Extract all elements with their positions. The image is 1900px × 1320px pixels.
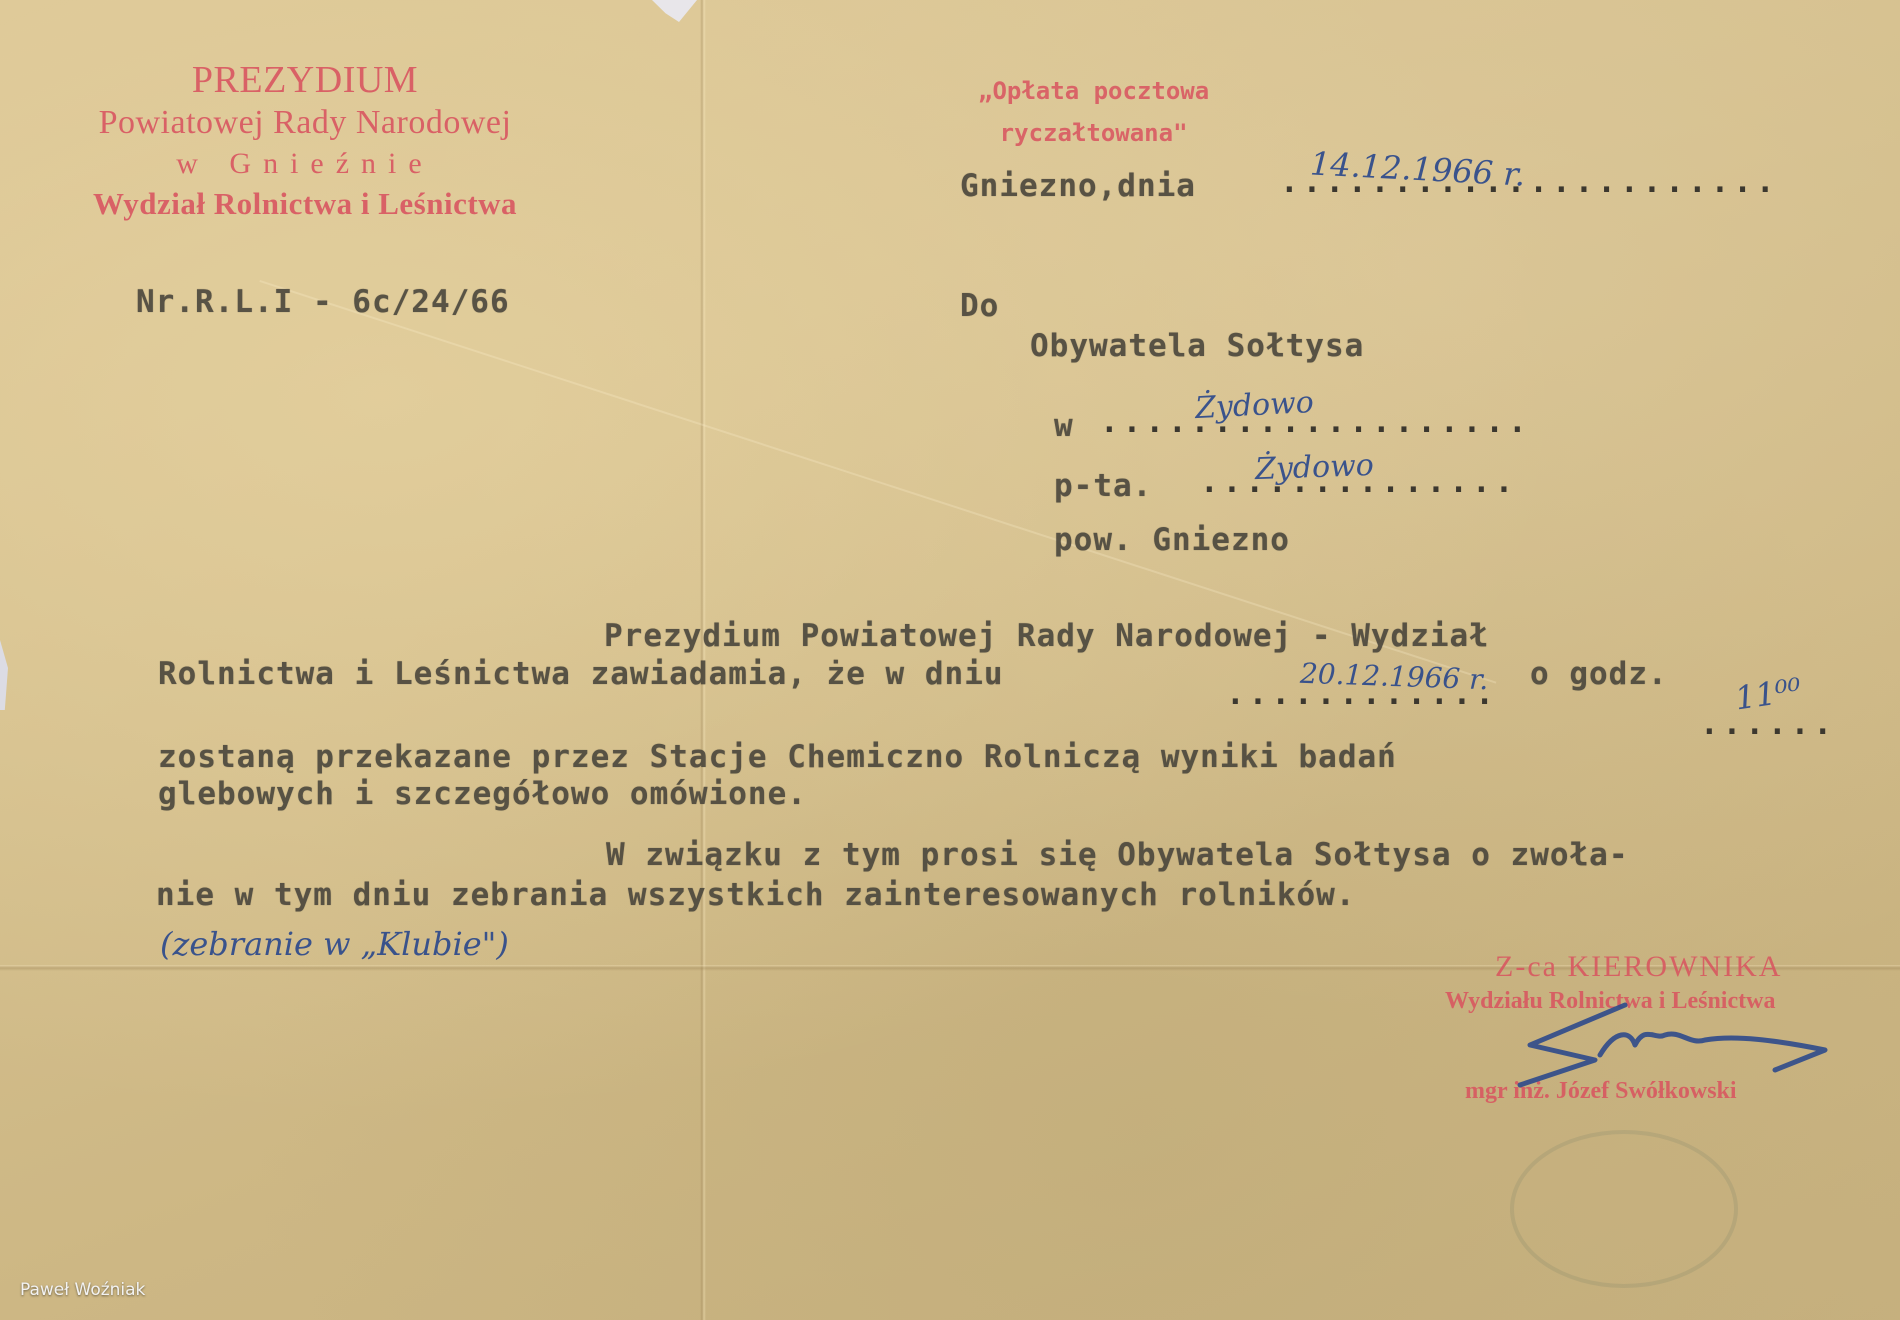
handwritten-village: Żydowo: [1194, 385, 1314, 426]
handwritten-meeting-date: 20.12.1966 r.: [1299, 657, 1488, 697]
body-p1-line3: zostaną przekazane przez Stacje Chemiczn…: [158, 739, 1397, 775]
top-tear: [652, 0, 697, 22]
handwritten-note: (zebranie w „Klubie"): [160, 925, 509, 963]
postage-stamp: „Opłata pocztowa ryczałtowana": [978, 70, 1209, 154]
body-p2-line2: nie w tym dniu zebrania wszystkich zaint…: [156, 877, 1355, 913]
post-label: p-ta.: [1054, 468, 1152, 504]
stamp-line-3: w Gnieźnie: [40, 144, 570, 184]
village-dots: ...................: [1100, 404, 1531, 440]
faded-seal: [1510, 1130, 1738, 1288]
stamp-line-1: PREZYDIUM: [40, 58, 570, 102]
signature-icon: [1505, 1000, 1835, 1090]
body-p1-line4: glebowych i szczegółowo omówione.: [158, 776, 807, 812]
stamp-line-2: Powiatowej Rady Narodowej: [40, 102, 570, 144]
addressee-to: Do: [960, 288, 999, 324]
county: pow. Gniezno: [1054, 522, 1290, 558]
postage-line-1: „Opłata pocztowa: [978, 70, 1209, 112]
time-label: o godz.: [1530, 656, 1668, 692]
body-p1-line2: Rolnictwa i Leśnictwa zawiadamia, że w d…: [158, 656, 1004, 692]
document-page: PREZYDIUM Powiatowej Rady Narodowej w Gn…: [0, 0, 1900, 1320]
place-date-label: Gniezno,dnia: [960, 168, 1196, 204]
signature-stamp-line-1: Z-ca KIEROWNIKA: [1495, 950, 1782, 984]
body-p2-line1: W związku z tym prosi się Obywatela Sołt…: [606, 837, 1629, 873]
stamp-line-4: Wydział Rolnictwa i Leśnictwa: [40, 184, 570, 224]
village-label: w: [1054, 408, 1074, 444]
addressee-title: Obywatela Sołtysa: [1030, 328, 1364, 364]
body-p1-line1: Prezydium Powiatowej Rady Narodowej - Wy…: [604, 618, 1489, 654]
left-edge-tear: [0, 640, 8, 710]
photographer-watermark: Paweł Woźniak: [20, 1280, 145, 1300]
postage-line-2: ryczałtowana": [978, 112, 1209, 154]
header-stamp: PREZYDIUM Powiatowej Rady Narodowej w Gn…: [40, 58, 570, 224]
handwritten-post: Żydowo: [1254, 448, 1374, 487]
reference-number: Nr.R.L.I - 6c/24/66: [136, 284, 510, 320]
